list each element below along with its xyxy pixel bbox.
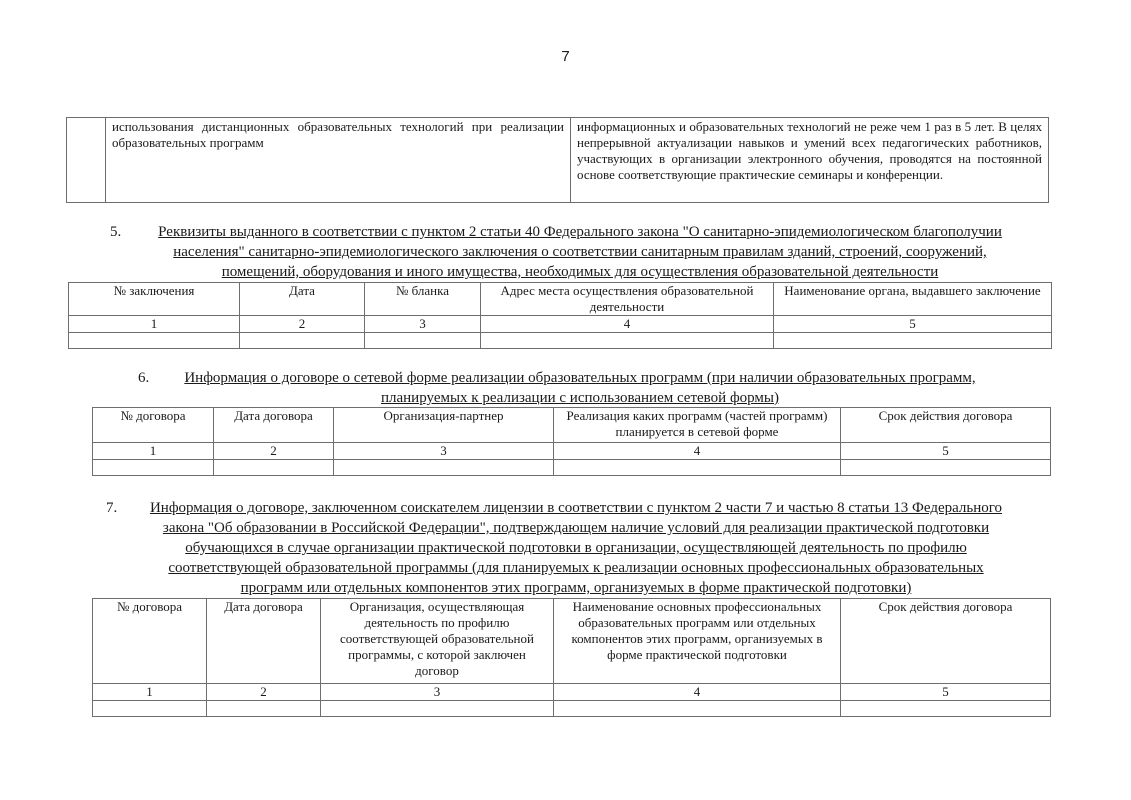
table-row: использования дистанционных образователь… (67, 118, 1049, 203)
column-header: Наименование органа, выдавшего заключени… (774, 283, 1052, 316)
table-cell (240, 333, 365, 349)
section-number: 5. (110, 222, 121, 242)
column-index: 3 (334, 443, 554, 460)
column-header: Срок действия договора (841, 408, 1051, 443)
column-header: Дата (240, 283, 365, 316)
heading-line: программ или отдельных компонентов этих … (241, 580, 912, 596)
column-header: Срок действия договора (841, 599, 1051, 684)
heading-line: закона "Об образовании в Российской Феде… (163, 520, 989, 536)
column-index: 5 (841, 443, 1051, 460)
table-header-row: № договора Дата договора Организация-пар… (93, 408, 1051, 443)
heading-line: Информация о договоре о сетевой форме ре… (184, 370, 975, 386)
section-number: 7. (106, 498, 117, 518)
column-index: 5 (774, 316, 1052, 333)
heading-line: Реквизиты выданного в соответствии с пун… (158, 224, 1002, 240)
column-index-row: 1 2 3 4 5 (93, 443, 1051, 460)
table-cell (554, 701, 841, 717)
column-index: 2 (207, 684, 321, 701)
column-header: Дата договора (207, 599, 321, 684)
table-row (93, 701, 1051, 717)
sanitary-conclusion-table: № заключения Дата № бланка Адрес места о… (68, 282, 1052, 349)
column-header: Адрес места осуществления образовательно… (481, 283, 774, 316)
column-header: Организация-партнер (334, 408, 554, 443)
section-7-heading: 7. Информация о договоре, заключенном со… (94, 498, 1058, 598)
section-6-heading: 6. Информация о договоре о сетевой форме… (128, 368, 1032, 408)
table-cell (841, 701, 1051, 717)
table-header-row: № заключения Дата № бланка Адрес места о… (69, 283, 1052, 316)
column-index: 1 (69, 316, 240, 333)
page-number: 7 (0, 48, 1131, 65)
heading-line: обучающихся в случае организации практич… (185, 540, 967, 556)
heading-line: Информация о договоре, заключенном соиск… (150, 500, 1002, 516)
heading-line: планируемых к реализации с использование… (381, 390, 779, 406)
column-header: № договора (93, 599, 207, 684)
table-cell (841, 460, 1051, 476)
column-index: 5 (841, 684, 1051, 701)
table-cell (321, 701, 554, 717)
column-header: Реализация каких программ (частей програ… (554, 408, 841, 443)
table-header-row: № договора Дата договора Организация, ос… (93, 599, 1051, 684)
table-cell (207, 701, 321, 717)
column-index: 2 (214, 443, 334, 460)
table-cell (93, 701, 207, 717)
table-cell (481, 333, 774, 349)
table-row (69, 333, 1052, 349)
column-index: 4 (481, 316, 774, 333)
column-index: 1 (93, 443, 214, 460)
table-row (93, 460, 1051, 476)
network-form-contract-table: № договора Дата договора Организация-пар… (92, 407, 1051, 476)
column-index-row: 1 2 3 4 5 (69, 316, 1052, 333)
heading-line: соответствующей образовательной программ… (168, 560, 983, 576)
column-index: 3 (365, 316, 481, 333)
column-index: 1 (93, 684, 207, 701)
column-header: Дата договора (214, 408, 334, 443)
practical-training-contract-table: № договора Дата договора Организация, ос… (92, 598, 1051, 717)
table-cell (67, 118, 106, 203)
column-header: Наименование основных профессиональных о… (554, 599, 841, 684)
column-index: 3 (321, 684, 554, 701)
column-header: № договора (93, 408, 214, 443)
table-cell (365, 333, 481, 349)
table-cell (774, 333, 1052, 349)
column-header: № бланка (365, 283, 481, 316)
column-header: Организация, осуществляющая деятельность… (321, 599, 554, 684)
section-5-heading: 5. Реквизиты выданного в соответствии с … (100, 222, 1060, 282)
table-cell: информационных и образовательных техноло… (571, 118, 1049, 203)
column-header: № заключения (69, 283, 240, 316)
table-cell (69, 333, 240, 349)
heading-line: помещений, оборудования и иного имуществ… (222, 264, 939, 280)
section-number: 6. (138, 368, 149, 388)
table-cell (214, 460, 334, 476)
table-cell (93, 460, 214, 476)
heading-line: населения" санитарно-эпидемиологического… (173, 244, 987, 260)
continuation-table: использования дистанционных образователь… (66, 117, 1049, 203)
table-cell (334, 460, 554, 476)
table-cell: использования дистанционных образователь… (106, 118, 571, 203)
table-cell (554, 460, 841, 476)
column-index: 4 (554, 443, 841, 460)
column-index: 4 (554, 684, 841, 701)
column-index: 2 (240, 316, 365, 333)
column-index-row: 1 2 3 4 5 (93, 684, 1051, 701)
